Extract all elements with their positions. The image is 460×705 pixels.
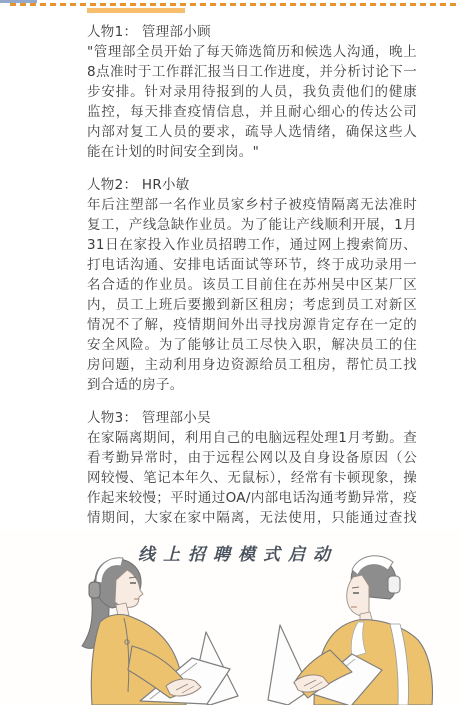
person-1-paragraph: "管理部全员开始了每天筛选简历和候选人沟通，晚上8点准时于工作群汇报当日工作进度…: [87, 42, 417, 162]
online-recruitment-illustration: 线上招聘模式启动: [0, 530, 460, 705]
person-3-heading: 人物3： 管理部小吴: [87, 408, 417, 428]
illustration-title: 线上招聘模式启动: [8, 540, 460, 565]
person-section-2: 人物2： HR小敏 年后注塑部一名作业员家乡村子被疫情隔离无法准时复工，产线急缺…: [87, 175, 417, 395]
top-dashed-divider: [10, 3, 460, 6]
person-2-heading: 人物2： HR小敏: [87, 175, 417, 195]
woman-headset-earcup: [89, 582, 100, 598]
person-1-heading: 人物1： 管理部小顾: [87, 22, 417, 42]
man-headphone-earcup: [388, 576, 400, 593]
article-page: 人物1： 管理部小顾 "管理部全员开始了每天筛选简历和候选人沟通，晚上8点准时于…: [0, 0, 460, 705]
person-section-1: 人物1： 管理部小顾 "管理部全员开始了每天筛选简历和候选人沟通，晚上8点准时于…: [87, 22, 417, 162]
person-2-paragraph: 年后注塑部一名作业员家乡村子被疫情隔离无法准时复工，产线急缺作业员。为了能让产线…: [87, 195, 417, 395]
article-content: 人物1： 管理部小顾 "管理部全员开始了每天筛选简历和候选人沟通，晚上8点准时于…: [87, 13, 417, 568]
man-face: [347, 575, 369, 616]
